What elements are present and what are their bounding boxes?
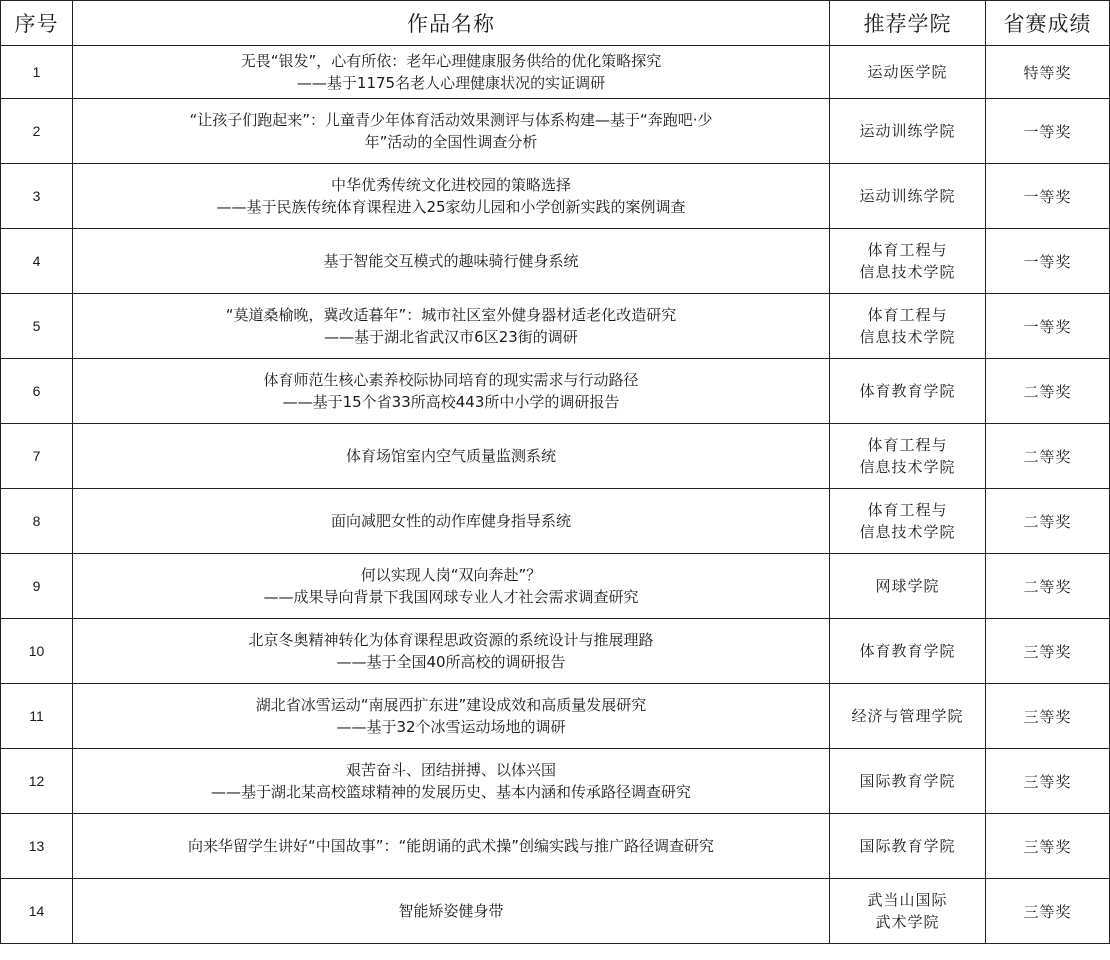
- work-title-main: 体育师范生核心素养校际协同培育的现实需求与行动路径: [77, 369, 825, 391]
- work-title-main: 湖北省冰雪运动“南展西扩东进”建设成效和高质量发展研究: [77, 694, 825, 716]
- college-name-line: 体育教育学院: [834, 380, 981, 402]
- award-result: 一等奖: [986, 99, 1110, 164]
- college-name-line: 运动训练学院: [834, 120, 981, 142]
- header-no: 序号: [1, 1, 73, 46]
- table-row: 8面向减肥女性的动作库健身指导系统体育工程与信息技术学院二等奖: [1, 489, 1110, 554]
- award-result: 三等奖: [986, 684, 1110, 749]
- row-number: 9: [1, 554, 73, 619]
- award-result: 三等奖: [986, 879, 1110, 944]
- header-row: 序号 作品名称 推荐学院 省赛成绩: [1, 1, 1110, 46]
- work-title-main: 艰苦奋斗、团结拼搏、以体兴国: [77, 759, 825, 781]
- award-result: 三等奖: [986, 749, 1110, 814]
- work-title-main: 何以实现人岗“双向奔赴”？: [77, 564, 825, 586]
- recommending-college: 网球学院: [830, 554, 986, 619]
- recommending-college: 经济与管理学院: [830, 684, 986, 749]
- row-number: 6: [1, 359, 73, 424]
- work-title-main: 无畏“银发”，心有所依：老年心理健康服务供给的优化策略探究: [77, 50, 825, 72]
- work-title-sub: ——基于湖北省武汉市6区23街的调研: [77, 326, 825, 348]
- recommending-college: 体育教育学院: [830, 359, 986, 424]
- college-name-line: 运动训练学院: [834, 185, 981, 207]
- college-name-line: 信息技术学院: [834, 521, 981, 543]
- award-result: 一等奖: [986, 294, 1110, 359]
- college-name-line: 国际教育学院: [834, 770, 981, 792]
- work-title: 湖北省冰雪运动“南展西扩东进”建设成效和高质量发展研究——基于32个冰雪运动场地…: [73, 684, 830, 749]
- college-name-line: 信息技术学院: [834, 326, 981, 348]
- row-number: 14: [1, 879, 73, 944]
- college-name-line: 体育工程与: [834, 304, 981, 326]
- work-title: 基于智能交互模式的趣味骑行健身系统: [73, 229, 830, 294]
- table-row: 2“让孩子们跑起来”：儿童青少年体育活动效果测评与体系构建—基于“奔跑吧·少年”…: [1, 99, 1110, 164]
- table-row: 14智能矫姿健身带武当山国际武术学院三等奖: [1, 879, 1110, 944]
- work-title: “让孩子们跑起来”：儿童青少年体育活动效果测评与体系构建—基于“奔跑吧·少年”活…: [73, 99, 830, 164]
- work-title-sub: ——基于1175名老人心理健康状况的实证调研: [77, 72, 825, 94]
- work-title-sub: ——基于15个省33所高校443所中小学的调研报告: [77, 391, 825, 413]
- table-row: 1无畏“银发”，心有所依：老年心理健康服务供给的优化策略探究——基于1175名老…: [1, 46, 1110, 99]
- work-title: 面向减肥女性的动作库健身指导系统: [73, 489, 830, 554]
- table-row: 6体育师范生核心素养校际协同培育的现实需求与行动路径——基于15个省33所高校4…: [1, 359, 1110, 424]
- table-row: 4基于智能交互模式的趣味骑行健身系统体育工程与信息技术学院一等奖: [1, 229, 1110, 294]
- college-name-line: 体育工程与: [834, 434, 981, 456]
- row-number: 10: [1, 619, 73, 684]
- row-number: 13: [1, 814, 73, 879]
- awards-table: 序号 作品名称 推荐学院 省赛成绩 1无畏“银发”，心有所依：老年心理健康服务供…: [0, 0, 1110, 944]
- recommending-college: 体育工程与信息技术学院: [830, 489, 986, 554]
- work-title: 向来华留学生讲好“中国故事”：“能朗诵的武术操”创编实践与推广路径调查研究: [73, 814, 830, 879]
- recommending-college: 运动医学院: [830, 46, 986, 99]
- college-name-line: 运动医学院: [834, 61, 981, 83]
- work-title-main: 基于智能交互模式的趣味骑行健身系统: [77, 250, 825, 272]
- award-result: 特等奖: [986, 46, 1110, 99]
- college-name-line: 武当山国际: [834, 889, 981, 911]
- college-name-line: 信息技术学院: [834, 456, 981, 478]
- work-title-main: 北京冬奥精神转化为体育课程思政资源的系统设计与推展理路: [77, 629, 825, 651]
- row-number: 1: [1, 46, 73, 99]
- work-title-main: “莫道桑榆晚，冀改适暮年”：城市社区室外健身器材适老化改造研究: [77, 304, 825, 326]
- work-title: 体育师范生核心素养校际协同培育的现实需求与行动路径——基于15个省33所高校44…: [73, 359, 830, 424]
- recommending-college: 国际教育学院: [830, 814, 986, 879]
- recommending-college: 体育工程与信息技术学院: [830, 294, 986, 359]
- work-title: 中华优秀传统文化进校园的策略选择——基于民族传统体育课程进入25家幼儿园和小学创…: [73, 164, 830, 229]
- college-name-line: 体育工程与: [834, 239, 981, 261]
- row-number: 8: [1, 489, 73, 554]
- work-title-sub: ——成果导向背景下我国网球专业人才社会需求调查研究: [77, 586, 825, 608]
- work-title: 何以实现人岗“双向奔赴”？——成果导向背景下我国网球专业人才社会需求调查研究: [73, 554, 830, 619]
- work-title-sub: ——基于全国40所高校的调研报告: [77, 651, 825, 673]
- recommending-college: 运动训练学院: [830, 99, 986, 164]
- work-title-sub: ——基于民族传统体育课程进入25家幼儿园和小学创新实践的案例调查: [77, 196, 825, 218]
- header-college: 推荐学院: [830, 1, 986, 46]
- recommending-college: 体育工程与信息技术学院: [830, 229, 986, 294]
- work-title: 艰苦奋斗、团结拼搏、以体兴国——基于湖北某高校篮球精神的发展历史、基本内涵和传承…: [73, 749, 830, 814]
- college-name-line: 经济与管理学院: [834, 705, 981, 727]
- work-title-main: 体育场馆室内空气质量监测系统: [77, 445, 825, 467]
- table-row: 5“莫道桑榆晚，冀改适暮年”：城市社区室外健身器材适老化改造研究——基于湖北省武…: [1, 294, 1110, 359]
- table-row: 9何以实现人岗“双向奔赴”？——成果导向背景下我国网球专业人才社会需求调查研究网…: [1, 554, 1110, 619]
- award-result: 二等奖: [986, 554, 1110, 619]
- award-result: 一等奖: [986, 164, 1110, 229]
- recommending-college: 武当山国际武术学院: [830, 879, 986, 944]
- recommending-college: 国际教育学院: [830, 749, 986, 814]
- work-title-main: “让孩子们跑起来”：儿童青少年体育活动效果测评与体系构建—基于“奔跑吧·少: [77, 109, 825, 131]
- work-title-main: 面向减肥女性的动作库健身指导系统: [77, 510, 825, 532]
- work-title: “莫道桑榆晚，冀改适暮年”：城市社区室外健身器材适老化改造研究——基于湖北省武汉…: [73, 294, 830, 359]
- work-title-sub: ——基于湖北某高校篮球精神的发展历史、基本内涵和传承路径调查研究: [77, 781, 825, 803]
- work-title-main: 智能矫姿健身带: [77, 900, 825, 922]
- table-body: 1无畏“银发”，心有所依：老年心理健康服务供给的优化策略探究——基于1175名老…: [1, 46, 1110, 944]
- work-title: 智能矫姿健身带: [73, 879, 830, 944]
- table-row: 7体育场馆室内空气质量监测系统体育工程与信息技术学院二等奖: [1, 424, 1110, 489]
- work-title-main: 向来华留学生讲好“中国故事”：“能朗诵的武术操”创编实践与推广路径调查研究: [77, 835, 825, 857]
- award-result: 一等奖: [986, 229, 1110, 294]
- header-result: 省赛成绩: [986, 1, 1110, 46]
- table-row: 10北京冬奥精神转化为体育课程思政资源的系统设计与推展理路——基于全国40所高校…: [1, 619, 1110, 684]
- row-number: 7: [1, 424, 73, 489]
- row-number: 4: [1, 229, 73, 294]
- work-title: 无畏“银发”，心有所依：老年心理健康服务供给的优化策略探究——基于1175名老人…: [73, 46, 830, 99]
- work-title-main: 中华优秀传统文化进校园的策略选择: [77, 174, 825, 196]
- header-title: 作品名称: [73, 1, 830, 46]
- college-name-line: 信息技术学院: [834, 261, 981, 283]
- recommending-college: 体育工程与信息技术学院: [830, 424, 986, 489]
- award-result: 二等奖: [986, 424, 1110, 489]
- row-number: 11: [1, 684, 73, 749]
- college-name-line: 体育教育学院: [834, 640, 981, 662]
- table-row: 12艰苦奋斗、团结拼搏、以体兴国——基于湖北某高校篮球精神的发展历史、基本内涵和…: [1, 749, 1110, 814]
- table-row: 11湖北省冰雪运动“南展西扩东进”建设成效和高质量发展研究——基于32个冰雪运动…: [1, 684, 1110, 749]
- work-title: 北京冬奥精神转化为体育课程思政资源的系统设计与推展理路——基于全国40所高校的调…: [73, 619, 830, 684]
- college-name-line: 武术学院: [834, 911, 981, 933]
- work-title-sub: ——基于32个冰雪运动场地的调研: [77, 716, 825, 738]
- recommending-college: 运动训练学院: [830, 164, 986, 229]
- college-name-line: 国际教育学院: [834, 835, 981, 857]
- table-row: 3中华优秀传统文化进校园的策略选择——基于民族传统体育课程进入25家幼儿园和小学…: [1, 164, 1110, 229]
- award-result: 二等奖: [986, 489, 1110, 554]
- row-number: 3: [1, 164, 73, 229]
- row-number: 2: [1, 99, 73, 164]
- college-name-line: 体育工程与: [834, 499, 981, 521]
- award-result: 三等奖: [986, 619, 1110, 684]
- work-title-sub: 年”活动的全国性调查分析: [77, 131, 825, 153]
- award-result: 三等奖: [986, 814, 1110, 879]
- work-title: 体育场馆室内空气质量监测系统: [73, 424, 830, 489]
- row-number: 5: [1, 294, 73, 359]
- award-result: 二等奖: [986, 359, 1110, 424]
- college-name-line: 网球学院: [834, 575, 981, 597]
- row-number: 12: [1, 749, 73, 814]
- recommending-college: 体育教育学院: [830, 619, 986, 684]
- table-row: 13向来华留学生讲好“中国故事”：“能朗诵的武术操”创编实践与推广路径调查研究国…: [1, 814, 1110, 879]
